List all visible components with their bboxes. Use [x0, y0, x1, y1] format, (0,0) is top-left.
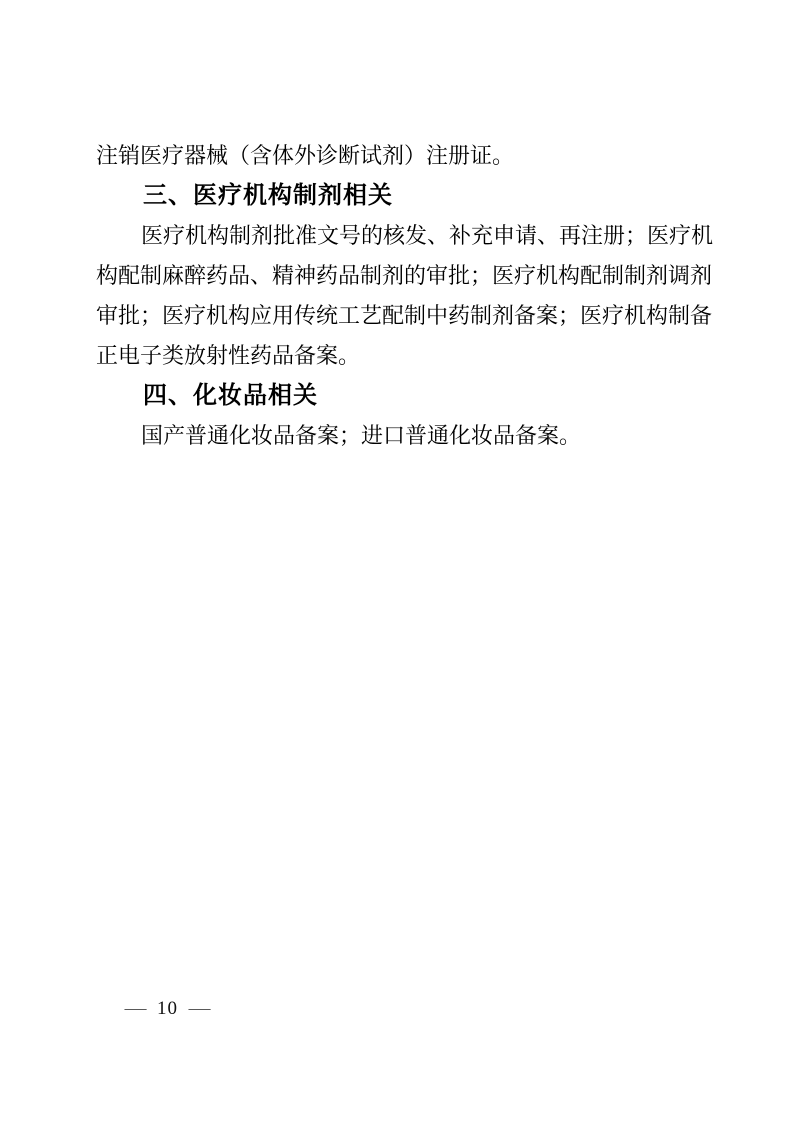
page-footer: — 10 —	[126, 998, 209, 1020]
section-3-line-3: 审批；医疗机构应用传统工艺配制中药制剂备案；医疗机构制备	[96, 296, 712, 336]
document-content: 注销医疗器械（含体外诊断试剂）注册证。 三、医疗机构制剂相关 医疗机构制剂批准文…	[96, 136, 712, 456]
section-4-body: 国产普通化妆品备案；进口普通化妆品备案。	[96, 416, 712, 456]
section-3-line-2: 构配制麻醉药品、精神药品制剂的审批；医疗机构配制制剂调剂	[96, 256, 712, 296]
page-number: 10	[157, 998, 178, 1020]
page-number-dash-right: —	[189, 998, 211, 1020]
paragraph-continuation: 注销医疗器械（含体外诊断试剂）注册证。	[96, 136, 712, 176]
section-3-line-1: 医疗机构制剂批准文号的核发、补充申请、再注册；医疗机	[96, 216, 712, 256]
document-page: 注销医疗器械（含体外诊断试剂）注册证。 三、医疗机构制剂相关 医疗机构制剂批准文…	[0, 0, 793, 1122]
section-4-heading: 四、化妆品相关	[96, 376, 712, 416]
section-3-heading: 三、医疗机构制剂相关	[96, 176, 712, 216]
page-number-dash-left: —	[125, 998, 147, 1020]
section-3-line-4: 正电子类放射性药品备案。	[96, 336, 712, 376]
